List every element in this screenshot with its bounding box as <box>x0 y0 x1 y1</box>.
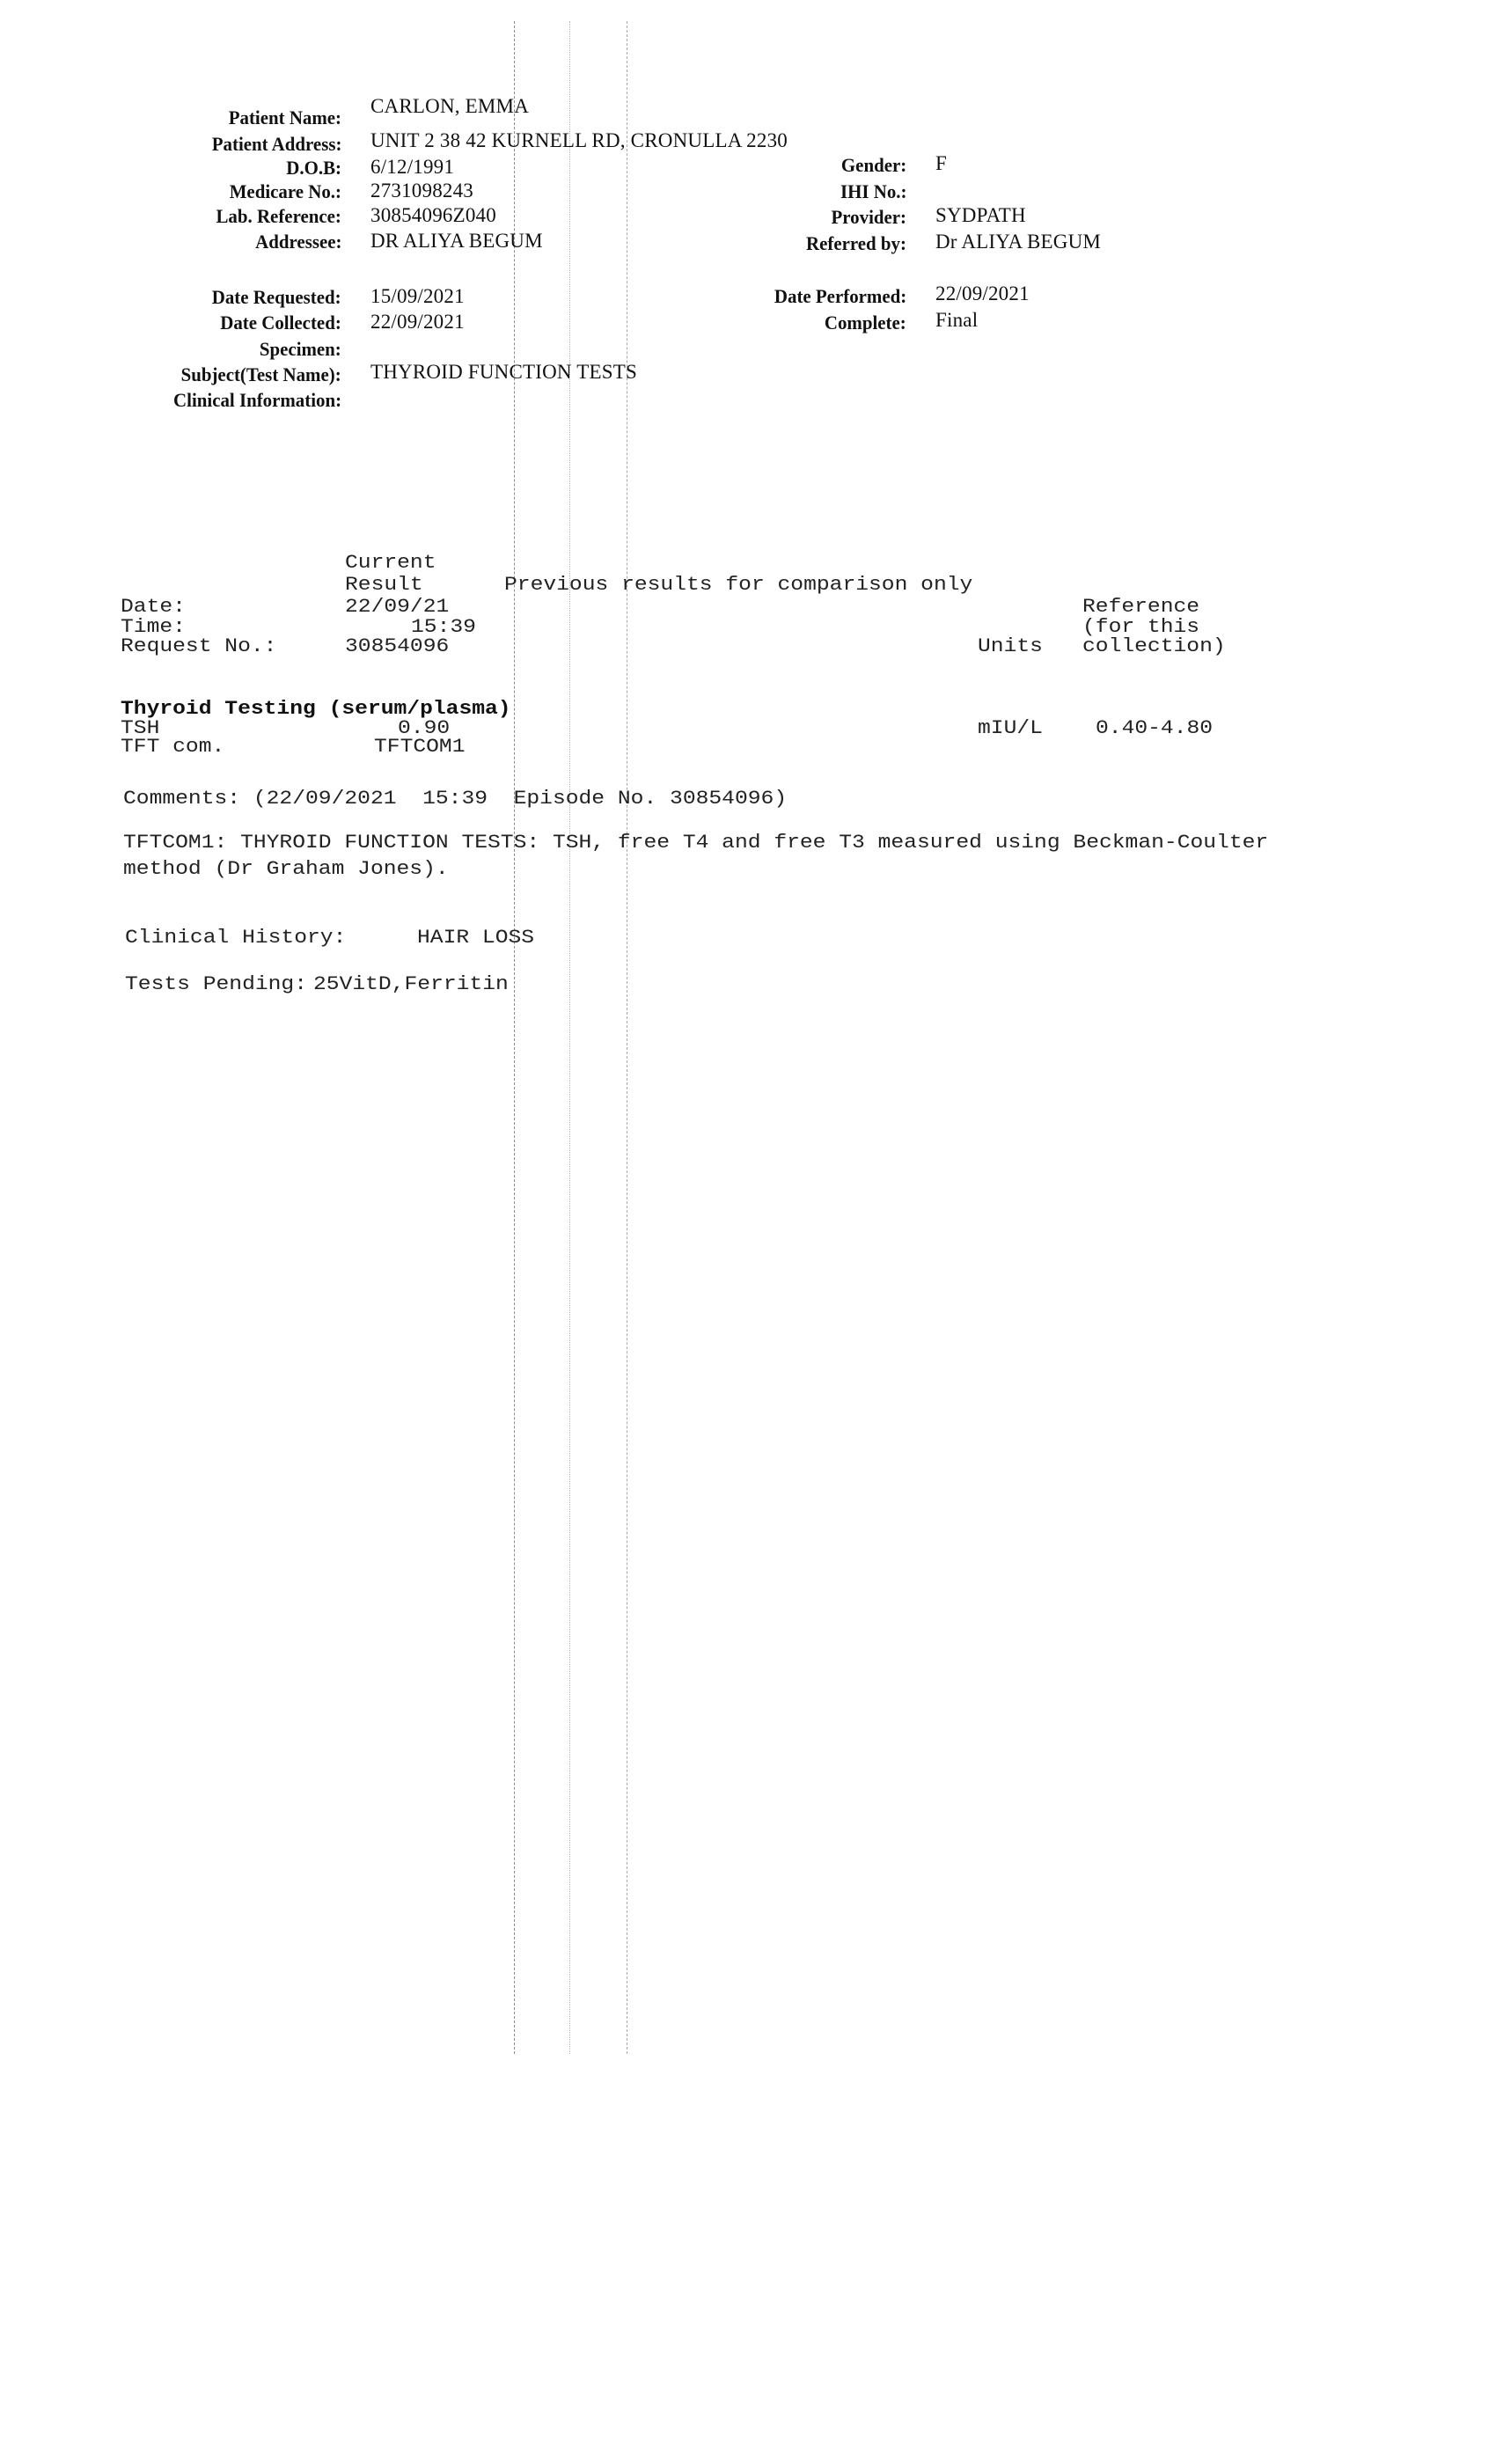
date-requested-label: Date Requested: <box>212 286 341 309</box>
test-units: mIU/L <box>978 717 1043 739</box>
medicare-value: 2731098243 <box>370 180 473 202</box>
units-header: Units <box>978 635 1043 657</box>
scan-fold-line <box>514 21 515 2054</box>
scan-fold-line <box>569 21 570 2054</box>
subject-label: Subject(Test Name): <box>181 363 341 386</box>
provider-label: Provider: <box>831 206 906 229</box>
patient-name-value: CARLON, EMMA <box>370 95 529 118</box>
provider-value: SYDPATH <box>935 204 1026 227</box>
reference-header: Reference <box>1082 596 1199 618</box>
gender-label: Gender: <box>841 154 906 177</box>
section-title: Thyroid Testing (serum/plasma) <box>121 698 511 720</box>
lab-reference-value: 30854096Z040 <box>370 204 496 227</box>
test-name: TFT com. <box>121 736 224 758</box>
meta-label: Request No.: <box>121 635 276 657</box>
gender-value: F <box>935 152 947 175</box>
current-result-header: Result <box>345 574 423 596</box>
patient-address-value: UNIT 2 38 42 KURNELL RD, CRONULLA 2230 <box>370 129 788 152</box>
clinical-information-label: Clinical Information: <box>173 389 341 412</box>
comments-header: Comments: (22/09/2021 15:39 Episode No. … <box>123 788 787 810</box>
clinical-history-value: HAIR LOSS <box>417 927 534 949</box>
medicare-label: Medicare No.: <box>230 180 341 203</box>
ihi-label: IHI No.: <box>840 180 906 203</box>
clinical-history-label: Clinical History: <box>125 927 346 949</box>
referred-by-value: Dr ALIYA BEGUM <box>935 231 1101 253</box>
scan-fold-line <box>627 21 627 2054</box>
dob-label: D.O.B: <box>286 157 341 180</box>
patient-name-label: Patient Name: <box>229 106 341 129</box>
date-collected-label: Date Collected: <box>220 312 341 334</box>
complete-label: Complete: <box>825 312 906 334</box>
addressee-value: DR ALIYA BEGUM <box>370 230 543 253</box>
comments-body: TFTCOM1: THYROID FUNCTION TESTS: TSH, fr… <box>123 832 1268 854</box>
tests-pending-value: 25VitD,Ferritin <box>313 973 509 995</box>
test-reference: 0.40-4.80 <box>1096 717 1213 739</box>
reference-header: collection) <box>1082 635 1226 657</box>
patient-address-label: Patient Address: <box>211 133 341 156</box>
tests-pending-label: Tests Pending: <box>125 973 307 995</box>
date-performed-label: Date Performed: <box>774 285 906 308</box>
meta-value: 30854096 <box>345 635 449 657</box>
comments-body: method (Dr Graham Jones). <box>123 858 449 880</box>
meta-value: 22/09/21 <box>345 596 449 618</box>
subject-value: THYROID FUNCTION TESTS <box>370 361 637 384</box>
meta-label: Date: <box>121 596 186 618</box>
previous-results-header: Previous results for comparison only <box>504 574 972 596</box>
test-result: TFTCOM1 <box>374 736 466 758</box>
dob-value: 6/12/1991 <box>370 156 454 179</box>
specimen-label: Specimen: <box>260 338 341 361</box>
complete-value: Final <box>935 309 978 332</box>
lab-reference-label: Lab. Reference: <box>216 205 341 228</box>
date-collected-value: 22/09/2021 <box>370 311 465 334</box>
date-performed-value: 22/09/2021 <box>935 282 1030 305</box>
current-result-header: Current <box>345 552 436 574</box>
date-requested-value: 15/09/2021 <box>370 285 465 308</box>
referred-by-label: Referred by: <box>806 232 906 255</box>
addressee-label: Addressee: <box>255 231 341 253</box>
